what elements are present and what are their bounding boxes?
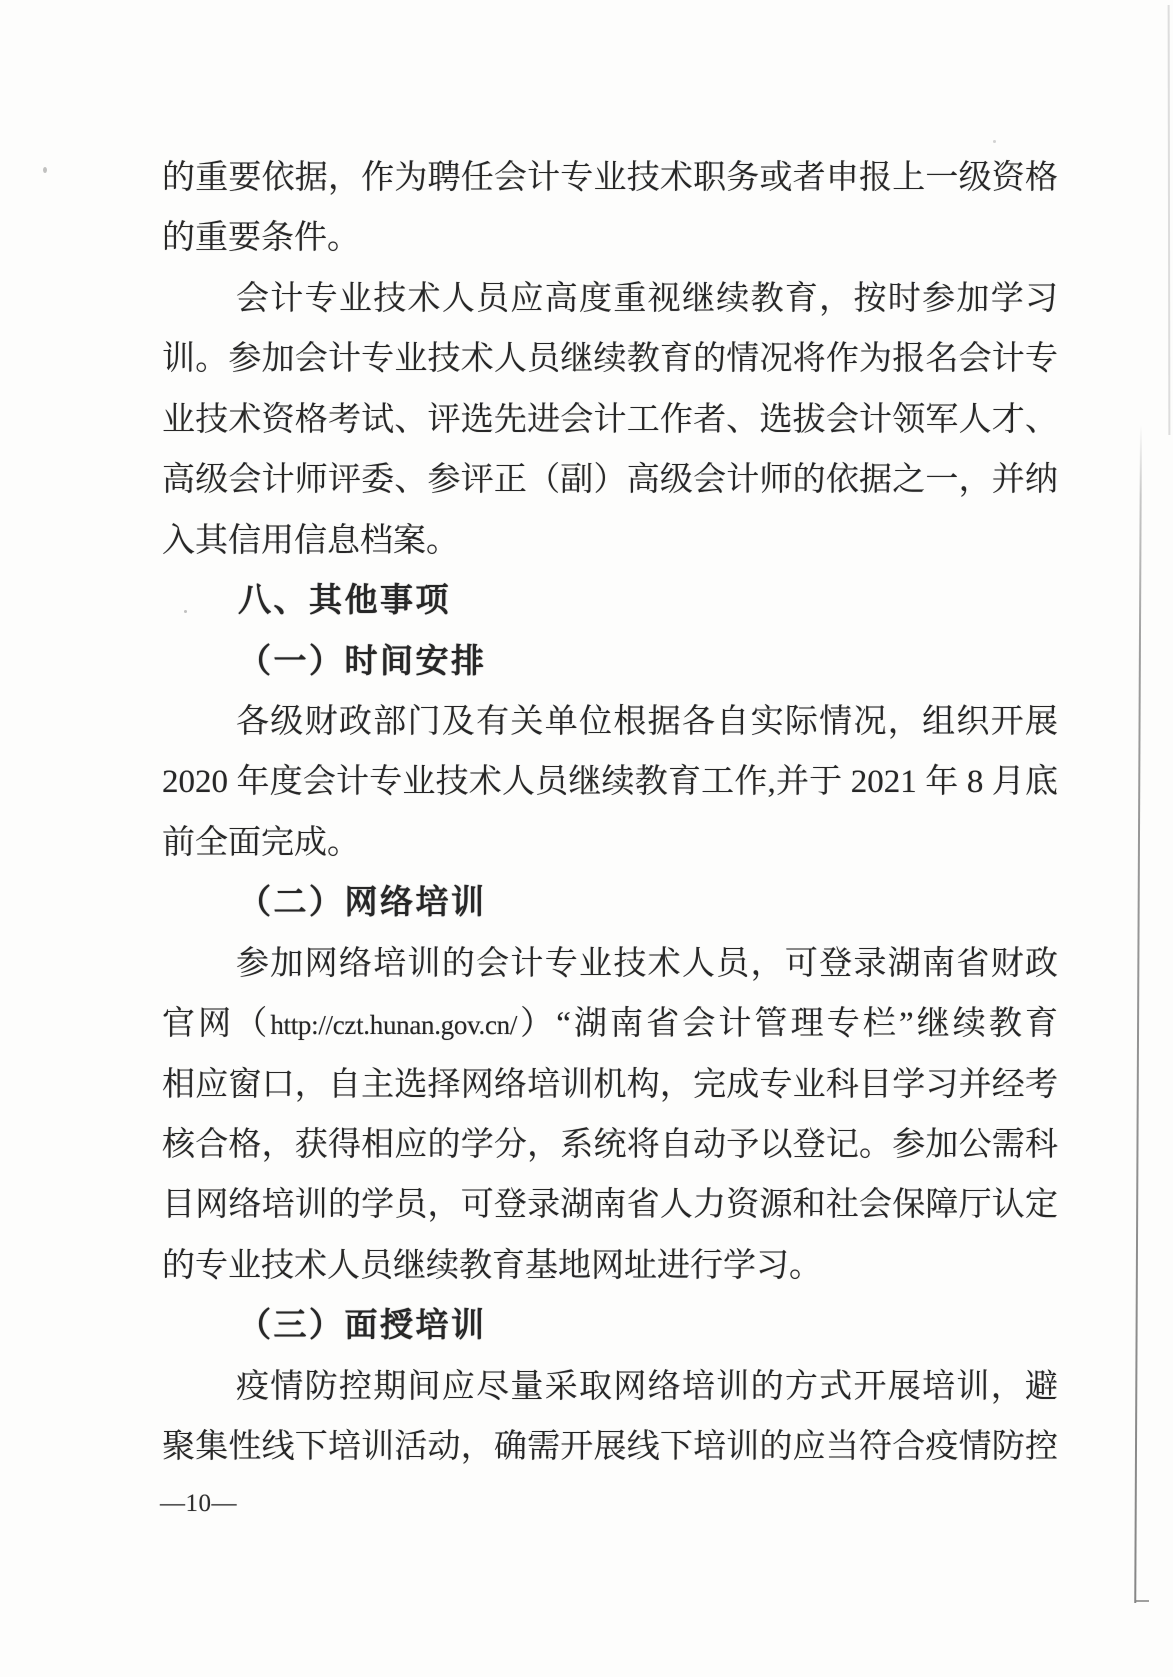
document-text-block: 的重要依据，作为聘任会计专业技术职务或者申报上一级资格 的重要条件。 会计专业技…: [162, 148, 1058, 1478]
subsection-heading-offline-training: （三）面授培训: [162, 1296, 1058, 1356]
body-text-line: 会计专业技术人员应高度重视继续教育，按时参加学习培: [162, 269, 1058, 329]
body-text-line: 参加网络培训的会计专业技术人员，可登录湖南省财政厅: [162, 934, 1058, 994]
body-text-line: 各级财政部门及有关单位根据各自实际情况，组织开展: [162, 692, 1058, 752]
page-number: —10—: [160, 1490, 237, 1518]
paper-edge-line: [1168, 5, 1171, 435]
section-heading-other-matters: 八、其他事项: [162, 571, 1058, 631]
czt-hunan-gov-url: http://czt.hunan.gov.cn/: [270, 1010, 517, 1040]
body-text-line: 目网络培训的学员，可登录湖南省人力资源和社会保障厅认定: [162, 1175, 1058, 1235]
subsection-heading-online-training: （二）网络培训: [162, 873, 1058, 933]
body-text-line: 相应窗口，自主选择网络培训机构，完成专业科目学习并经考: [162, 1055, 1058, 1115]
body-text-line: 核合格，获得相应的学分，系统将自动予以登记。参加公需科: [162, 1115, 1058, 1175]
document-page: 的重要依据，作为聘任会计专业技术职务或者申报上一级资格 的重要条件。 会计专业技…: [0, 0, 1173, 1677]
scan-artifact-line-hook: [1136, 1600, 1149, 1602]
body-text-line: 聚集性线下培训活动，确需开展线下培训的应当符合疫情防控: [162, 1417, 1058, 1477]
body-text-line-with-url: 官网（http://czt.hunan.gov.cn/）“湖南省会计管理专栏”继…: [162, 994, 1058, 1054]
scan-artifact-vertical-line: [1134, 425, 1142, 1603]
scan-speck: [184, 610, 187, 613]
url-line-prefix: 官网（: [162, 1006, 270, 1042]
scan-speck: [993, 140, 996, 143]
body-text-line: 的专业技术人员继续教育基地网址进行学习。: [162, 1236, 1058, 1296]
url-line-suffix: ）“湖南省会计管理专栏”继续教育: [517, 1006, 1058, 1042]
subsection-heading-time-arrangement: （一）时间安排: [162, 632, 1058, 692]
scan-speck: [43, 167, 47, 173]
body-text-line: 高级会计师评委、参评正（副）高级会计师的依据之一，并纳: [162, 450, 1058, 510]
body-text-line: 入其信用信息档案。: [162, 511, 1058, 571]
body-text-line: 2020 年度会计专业技术人员继续教育工作,并于 2021 年 8 月底: [162, 752, 1058, 812]
body-text-line: 疫情防控期间应尽量采取网络培训的方式开展培训，避免: [162, 1357, 1058, 1417]
body-text-line: 训。参加会计专业技术人员继续教育的情况将作为报名会计专: [162, 329, 1058, 389]
body-text-line: 前全面完成。: [162, 813, 1058, 873]
body-text-line: 业技术资格考试、评选先进会计工作者、选拔会计领军人才、: [162, 390, 1058, 450]
body-text-line: 的重要条件。: [162, 208, 1058, 268]
body-text-line: 的重要依据，作为聘任会计专业技术职务或者申报上一级资格: [162, 148, 1058, 208]
